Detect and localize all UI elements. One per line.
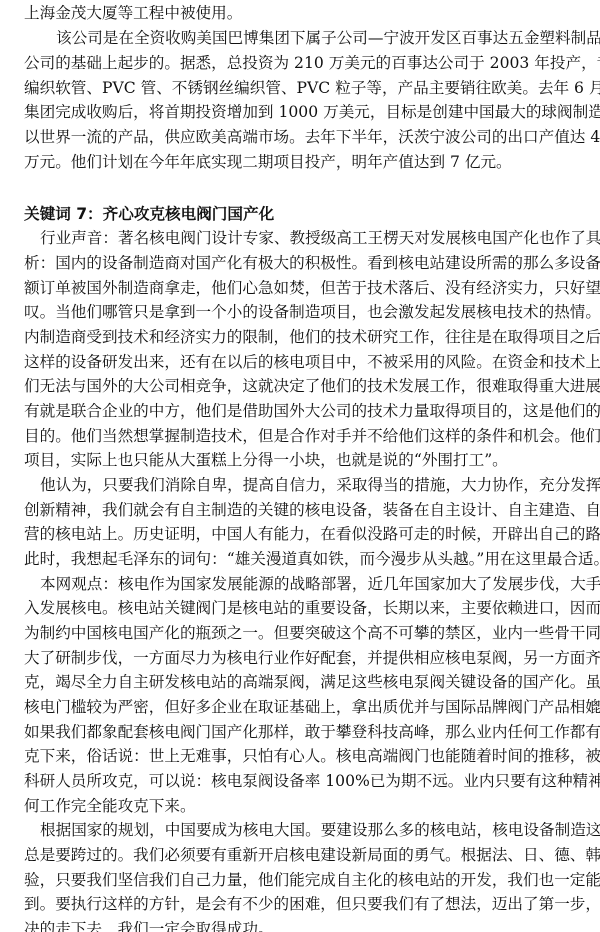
paragraph-line: 集团完成收购后，将首期投资增加到 1000 万美元，目标是创建中国最大的球阀制造…	[24, 102, 572, 122]
paragraph-line: 上海金茂大厦等工程中被使用。	[24, 3, 572, 23]
paragraph-line: 项目，实际上也只能从大蛋糕上分得一小块，也就是说的“外围打工”。	[24, 450, 572, 470]
paragraph-line: 验，只要我们坚信我们自己力量，他们能完成自主化的核电站的开发，我们也一定能做的	[24, 870, 572, 890]
paragraph-line: 叹。当他们哪管只是拿到一个小的设备制造项目，也会激发起发展核电技术的热情。但国	[24, 302, 572, 322]
paragraph-line: 如果我们都象配套核电阀门国产化那样，敢于攀登科技高峰，那么业内任何工作都有能攻	[24, 722, 572, 742]
section-heading: 关键词 7：齐心攻克核电阀门国产化	[24, 204, 274, 224]
paragraph-line: 这样的设备研发出来，还有在以后的核电项目中，不被采用的风险。在资金和技术上，他	[24, 352, 572, 372]
paragraph-line: 有就是联合企业的中方，他们是借助国外大公司的技术力量取得项目的，这是他们的主要	[24, 401, 572, 421]
paragraph-line: 核电门槛较为严密，但好多企业在取证基础上，拿出质优并与国际品牌阀门产品相媲美。	[24, 697, 572, 717]
paragraph-line: 以世界一流的产品，供应欧美高端市场。去年下半年，沃茨宁波公司的出口产值达 400…	[24, 127, 572, 147]
paragraph-line: 到。要执行这样的方针，是会有不少的困难，但只要我们有了想法，迈出了第一步，并坚	[24, 894, 572, 914]
paragraph-line: 析：国内的设备制造商对国产化有极大的积极性。看到核电站建设所需的那么多设备的大	[24, 253, 572, 273]
paragraph-line: 此时，我想起毛泽东的词句：“雄关漫道真如铁，而今漫步从头越。”用在这里最合适。	[24, 549, 572, 569]
paragraph-line: 们无法与国外的大公司相竞争，这就决定了他们的技术发展工作，很难取得重大进展。还	[24, 376, 572, 396]
paragraph-line: 克，竭尽全力自主研发核电站的高端泵阀，满足这些核电泵阀关键设备的国产化。虽进入	[24, 672, 572, 692]
paragraph-line: 根据国家的规划，中国要成为核电大国。要建设那么多的核电站，核电设备制造这个坎	[40, 820, 572, 840]
paragraph-line: 决的走下去，我们一定会取得成功。	[24, 919, 572, 932]
paragraph-line: 为制约中国核电国产化的瓶颈之一。但要突破这个高不可攀的禁区，业内一些骨干同样加	[24, 623, 572, 643]
paragraph-line: 行业声音：著名核电阀门设计专家、教授级高工王楞天对发展核电国产化也作了具体分	[40, 228, 572, 248]
document-page: 上海金茂大厦等工程中被使用。 该公司是在全资收购美国巴博集团下属子公司—宁波开发…	[0, 0, 600, 932]
paragraph-line: 万元。他们计划在今年年底实现二期项目投产，明年产值达到 7 亿元。	[24, 152, 572, 172]
paragraph-line: 克下来，俗话说：世上无难事，只怕有心人。核电高端阀门也能随着时间的推移，被业内	[24, 746, 572, 766]
paragraph-line: 目的。他们当然想掌握制造技术，但是合作对手并不给他们这样的条件和机会。他们拿到	[24, 426, 572, 446]
paragraph-line: 内制造商受到技术和经济实力的限制，他们的技术研究工作，往往是在取得项目之后进行。	[24, 327, 572, 347]
paragraph-line: 他认为，只要我们消除自卑，提高自信力，采取得当的措施，大力协作，充分发挥自主	[40, 475, 572, 495]
paragraph-line: 本网观点：核电作为国家发展能源的战略部署，近几年国家加大了发展步伐，大手笔投	[40, 574, 572, 594]
paragraph-line: 何工作完全能攻克下来。	[24, 796, 572, 816]
paragraph-line: 公司的基础上起步的。据悉，总投资为 210 万美元的百事达公司于 2003 年投…	[24, 53, 572, 73]
paragraph-line: 创新精神，我们就会有自主制造的关键的核电设备，装备在自主设计、自主建造、自主运	[24, 500, 572, 520]
paragraph-line: 科研人员所攻克，可以说：核电泵阀设备率 100%已为期不远。业内只要有这种精神，…	[24, 771, 572, 791]
paragraph-line: 营的核电站上。历史证明，中国人有能力，在看似没路可走的时候，开辟出自己的路来。	[24, 524, 572, 544]
paragraph-line: 额订单被国外制造商拿走，他们心急如焚，但苦于技术落后、没有经济实力，只好望洋兴	[24, 278, 572, 298]
paragraph-line: 大了研制步伐，一方面尽力为核电行业作好配套，并提供相应核电泵阀，另一方面齐心攻	[24, 648, 572, 668]
paragraph-line: 该公司是在全资收购美国巴博集团下属子公司—宁波开发区百事达五金塑料制品有限	[56, 28, 572, 48]
paragraph-line: 总是要跨过的。我们必须要有重新开启核电建设新局面的勇气。根据法、日、德、韩的经	[24, 845, 572, 865]
paragraph-line: 入发展核电。核电站关键阀门是核电站的重要设备，长期以来，主要依赖进口，因而也成	[24, 598, 572, 618]
paragraph-line: 编织软管、PVC 管、不锈钢丝编织管、PVC 粒子等，产品主要销往欧美。去年 6…	[24, 78, 572, 98]
